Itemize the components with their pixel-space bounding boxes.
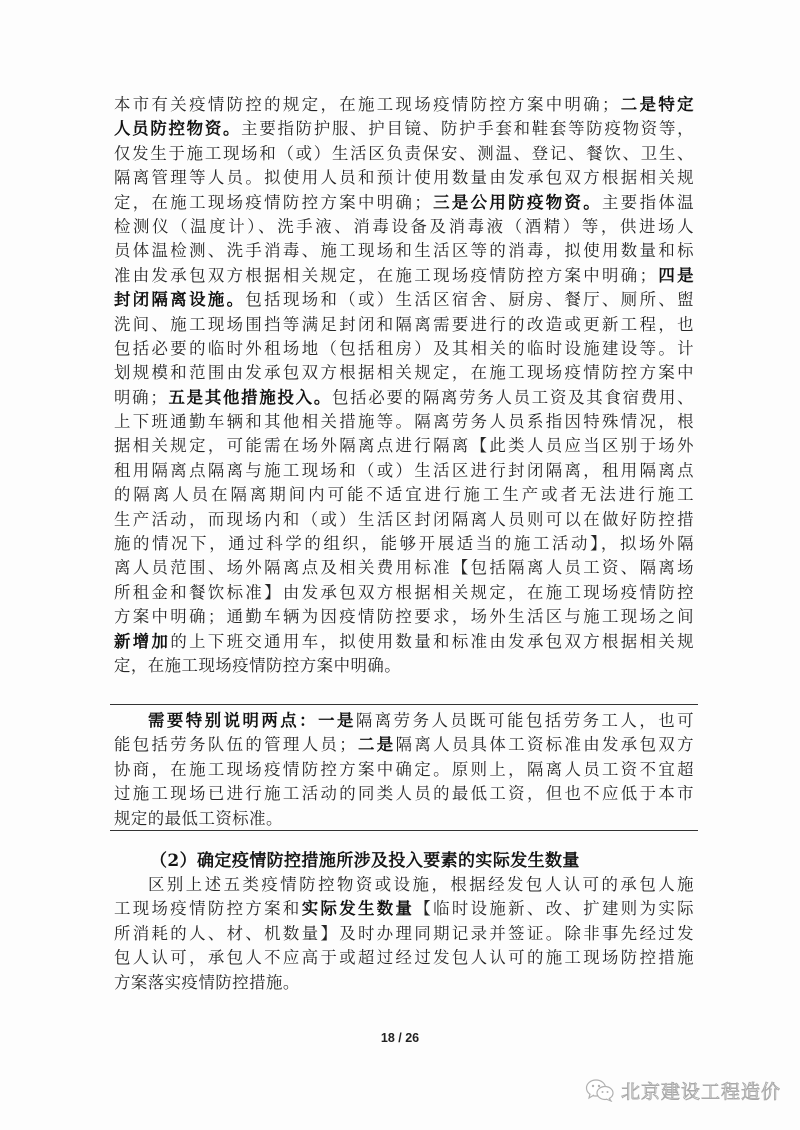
text-line: 员体温检测、洗手消毒、施工现场和生活区等的消毒，拟使用数量和标 — [114, 239, 694, 263]
text-run: 包人认可，承包人不应高于或超过经过发包人认可的施工现场防控措施 — [114, 948, 694, 967]
text-line: 生产活动，而现场内和（或）生活区封闭隔离人员则可以在做好防控措 — [114, 508, 694, 532]
text-run: 生产活动，而现场内和（或）生活区封闭隔离人员则可以在做好防控措 — [114, 510, 694, 529]
text-line: 施的情况下，通过科学的组织，能够开展适当的施工活动】，拟场外隔 — [114, 532, 694, 556]
text-run: 划规模和范围由发承包双方根据相关规定，在施工现场疫情防控方案中 — [114, 363, 694, 382]
text-run: 隔离人员具体工资标准由发承包双方 — [396, 735, 694, 754]
note-top-rule — [110, 704, 698, 705]
text-run: 的隔离人员在隔离期间内可能不适宜进行施工生产或者无法进行施工 — [114, 485, 694, 504]
text-run: 协商，在施工现场疫情防控方案中确定。原则上，隔离人员工资不宜超 — [114, 760, 694, 779]
bold-text: 三是公用防疫物资。 — [431, 193, 602, 212]
text-line: 所消耗的人、材、机数量】及时办理同期记录并签证。除非事先经过发 — [114, 922, 694, 946]
text-line: 过施工现场已进行施工活动的同类人员的最低工资，但也不应低于本市 — [114, 782, 694, 806]
text-line: 隔离管理等人员。拟使用人员和预计使用数量由发承包双方根据相关规 — [114, 166, 694, 190]
text-line: 仅发生于施工现场和（或）生活区负责保安、测温、登记、餐饮、卫生、 — [114, 142, 694, 166]
page-number: 18 / 26 — [0, 1031, 800, 1045]
text-run: 准由发承包双方根据相关规定，在施工现场疫情防控方案中明确； — [114, 266, 656, 285]
text-run: 员体温检测、洗手消毒、施工现场和生活区等的消毒，拟使用数量和标 — [114, 241, 694, 260]
text-line: 区别上述五类疫情防控物资或设施，根据经发包人认可的承包人施 — [114, 873, 694, 897]
text-line: 方案中明确；通勤车辆为因疫情防控要求，场外生活区与施工现场之间 — [114, 605, 694, 629]
text-run: 仅发生于施工现场和（或）生活区负责保安、测温、登记、餐饮、卫生、 — [114, 144, 694, 163]
text-line: 规定的最低工资标准。 — [114, 807, 694, 831]
text-run: 所租金和餐饮标准】由发承包双方根据相关规定，在施工现场疫情防控 — [114, 583, 694, 602]
text-line: 人员防控物资。主要指防护服、护目镜、防护手套和鞋套等防疫物资等， — [114, 117, 694, 141]
text-line: 包括必要的临时外租场地（包括租房）及其相关的临时设施建设等。计 — [114, 337, 694, 361]
text-run: 包括必要的隔离劳务人员工资及其食宿费用、 — [332, 388, 694, 407]
bold-text: 新增加 — [114, 632, 170, 651]
text-run: 规定的最低工资标准。 — [114, 809, 283, 828]
text-run: 所消耗的人、材、机数量】及时办理同期记录并签证。除非事先经过发 — [114, 924, 694, 943]
text-run: 主要指体温 — [602, 193, 694, 212]
text-line: 准由发承包双方根据相关规定，在施工现场疫情防控方案中明确；四是 — [114, 264, 694, 288]
text-run: 检测仪（温度计）、洗手液、消毒设备及消毒液（酒精）等，供进场人 — [114, 217, 694, 236]
text-run: 能包括劳务队伍的管理人员； — [114, 735, 356, 754]
text-line: 租用隔离点隔离与施工现场和（或）生活区进行封闭隔离，租用隔离点 — [114, 459, 694, 483]
bold-text: 人员防控物资。 — [114, 119, 241, 138]
text-run: 包括现场和（或）生活区宿舍、厨房、餐厅、厕所、盥 — [245, 290, 694, 309]
wechat-icon — [585, 1078, 615, 1106]
text-line: 定，在施工现场疫情防控方案中明确；三是公用防疫物资。主要指体温 — [114, 191, 694, 215]
bold-text: 四是 — [656, 266, 694, 285]
note-bottom-rule — [110, 830, 698, 831]
text-run: 主要指防护服、护目镜、防护手套和鞋套等防疫物资等， — [241, 119, 694, 138]
text-run: 隔离劳务人员既可能包括劳务工人，也可 — [356, 711, 694, 730]
text-run: 施的情况下，通过科学的组织，能够开展适当的施工活动】，拟场外隔 — [114, 534, 694, 553]
body-paragraph-quantities: 区别上述五类疫情防控物资或设施，根据经发包人认可的承包人施工现场疫情防控方案和实… — [114, 873, 694, 995]
text-line: 上下班通勤车辆和其他相关措施等。隔离劳务人员系指因特殊情况，根 — [114, 410, 694, 434]
text-line: 所租金和餐饮标准】由发承包双方根据相关规定，在施工现场疫情防控 — [114, 581, 694, 605]
bold-text: 需要特别说明两点：一是 — [148, 711, 356, 730]
bold-text: 实际发生数量 — [302, 899, 415, 918]
text-run: 上下班通勤车辆和其他相关措施等。隔离劳务人员系指因特殊情况，根 — [114, 412, 694, 431]
text-run: 方案落实疫情防控措施。 — [114, 973, 300, 992]
text-line: 能包括劳务队伍的管理人员；二是隔离人员具体工资标准由发承包双方 — [114, 733, 694, 757]
text-line: 工现场疫情防控方案和实际发生数量【临时设施新、改、扩建则为实际 — [114, 897, 694, 921]
text-run: 方案中明确；通勤车辆为因疫情防控要求，场外生活区与施工现场之间 — [114, 607, 694, 626]
text-line: 据相关规定，可能需在场外隔离点进行隔离【此类人员应当区别于场外 — [114, 434, 694, 458]
body-paragraph-materials: 本市有关疫情防控的规定，在施工现场疫情防控方案中明确；二是特定人员防控物资。主要… — [114, 93, 694, 678]
text-line: 划规模和范围由发承包双方根据相关规定，在施工现场疫情防控方案中 — [114, 361, 694, 385]
section-heading: （2）确定疫情防控措施所涉及投入要素的实际发生数量 — [150, 849, 580, 873]
text-line: 明确；五是其他措施投入。包括必要的隔离劳务人员工资及其食宿费用、 — [114, 386, 694, 410]
text-line: 定，在施工现场疫情防控方案中明确。 — [114, 654, 694, 678]
watermark-text: 北京建设工程造价 — [621, 1081, 781, 1103]
text-run: 工现场疫情防控方案和 — [114, 899, 302, 918]
text-line: 需要特别说明两点：一是隔离劳务人员既可能包括劳务工人，也可 — [114, 709, 694, 733]
text-line: 新增加的上下班交通用车，拟使用数量和标准由发承包双方根据相关规 — [114, 630, 694, 654]
text-run: 明确； — [114, 388, 167, 407]
text-run: 【临时设施新、改、扩建则为实际 — [414, 899, 694, 918]
watermark: 北京建设工程造价 — [585, 1078, 781, 1106]
text-run: 本市有关疫情防控的规定，在施工现场疫情防控方案中明确； — [114, 95, 619, 114]
text-run: 包括必要的临时外租场地（包括租房）及其相关的临时设施建设等。计 — [114, 339, 694, 358]
document-page: 本市有关疫情防控的规定，在施工现场疫情防控方案中明确；二是特定人员防控物资。主要… — [0, 0, 800, 1130]
text-run: 隔离管理等人员。拟使用人员和预计使用数量由发承包双方根据相关规 — [114, 168, 694, 187]
bold-text: 二是 — [356, 735, 395, 754]
text-run: 租用隔离点隔离与施工现场和（或）生活区进行封闭隔离，租用隔离点 — [114, 461, 694, 480]
text-line: 封闭隔离设施。包括现场和（或）生活区宿舍、厨房、餐厅、厕所、盥 — [114, 288, 694, 312]
text-run: 区别上述五类疫情防控物资或设施，根据经发包人认可的承包人施 — [148, 875, 694, 894]
text-line: 检测仪（温度计）、洗手液、消毒设备及消毒液（酒精）等，供进场人 — [114, 215, 694, 239]
text-line: 协商，在施工现场疫情防控方案中确定。原则上，隔离人员工资不宜超 — [114, 758, 694, 782]
bold-text: 二是特定 — [619, 95, 694, 114]
text-line: 的隔离人员在隔离期间内可能不适宜进行施工生产或者无法进行施工 — [114, 483, 694, 507]
text-line: 方案落实疫情防控措施。 — [114, 971, 694, 995]
text-run: 据相关规定，可能需在场外隔离点进行隔离【此类人员应当区别于场外 — [114, 436, 694, 455]
special-note-paragraph: 需要特别说明两点：一是隔离劳务人员既可能包括劳务工人，也可能包括劳务队伍的管理人… — [114, 709, 694, 831]
text-line: 本市有关疫情防控的规定，在施工现场疫情防控方案中明确；二是特定 — [114, 93, 694, 117]
text-line: 洗间、施工现场围挡等满足封闭和隔离需要进行的改造或更新工程，也 — [114, 313, 694, 337]
bold-text: 封闭隔离设施。 — [114, 290, 245, 309]
bold-text: 五是其他措施投入。 — [167, 388, 332, 407]
text-line: 离人员范围、场外隔离点及相关费用标准【包括隔离人员工资、隔离场 — [114, 556, 694, 580]
text-run: 洗间、施工现场围挡等满足封闭和隔离需要进行的改造或更新工程，也 — [114, 315, 694, 334]
text-run: 定，在施工现场疫情防控方案中明确； — [114, 193, 431, 212]
text-run: 离人员范围、场外隔离点及相关费用标准【包括隔离人员工资、隔离场 — [114, 558, 694, 577]
text-line: 包人认可，承包人不应高于或超过经过发包人认可的施工现场防控措施 — [114, 946, 694, 970]
text-run: 的上下班交通用车，拟使用数量和标准由发承包双方根据相关规 — [170, 632, 694, 651]
text-run: 定，在施工现场疫情防控方案中明确。 — [114, 656, 401, 675]
text-run: 过施工现场已进行施工活动的同类人员的最低工资，但也不应低于本市 — [114, 784, 694, 803]
